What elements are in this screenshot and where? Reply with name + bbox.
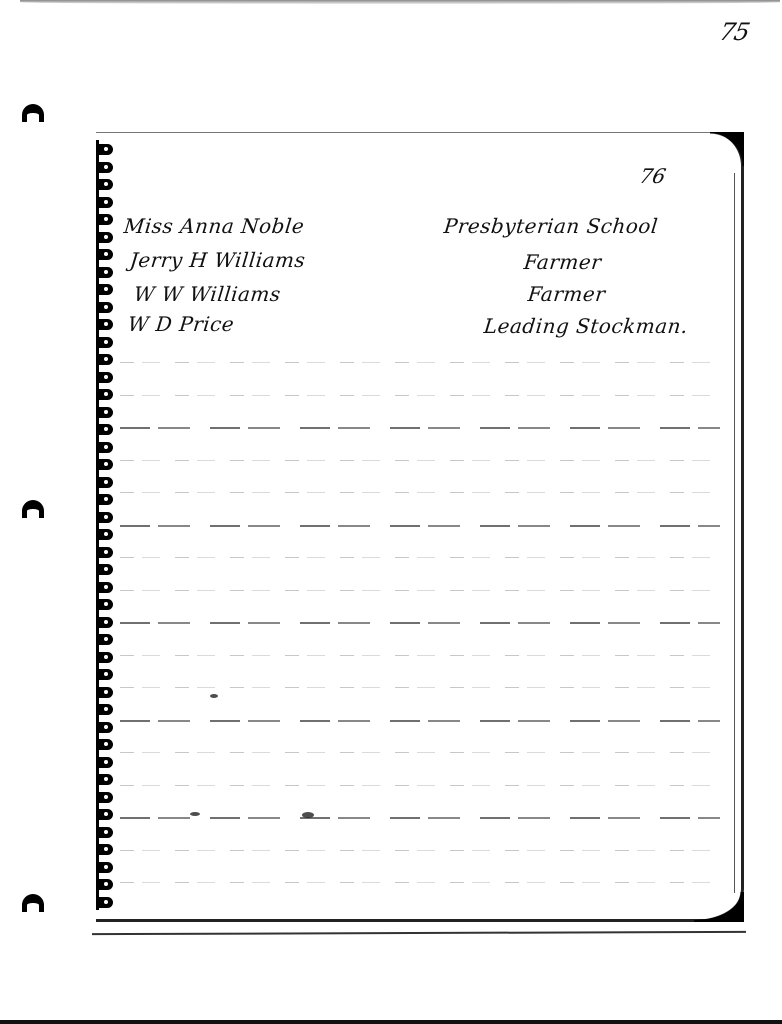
entry-occupation: Leading Stockman. [483, 314, 690, 338]
ruled-line [120, 590, 720, 591]
page-inner-edge [734, 173, 735, 893]
ruled-line [120, 395, 720, 396]
spiral-coil-icon [99, 862, 113, 873]
inner-page-number: 76 [637, 164, 668, 188]
spiral-coil-icon [99, 267, 113, 278]
spiral-coil-icon [99, 494, 113, 505]
spiral-coil-icon [99, 214, 113, 225]
spiral-coil-icon [99, 372, 113, 383]
spiral-coil-icon [99, 197, 113, 208]
spiral-coil-icon [99, 337, 113, 348]
spiral-coil-icon [99, 634, 113, 645]
ruled-line [120, 557, 720, 558]
ruled-line [120, 427, 720, 429]
spiral-coil-icon [99, 599, 113, 610]
ruled-line [120, 817, 720, 819]
ruled-line [120, 720, 720, 722]
punch-hole-icon [22, 894, 44, 912]
ruled-line [120, 752, 720, 753]
entry-name: Miss Anna Noble [123, 214, 306, 238]
punch-hole-icon [22, 104, 44, 122]
spiral-coil-icon [99, 179, 113, 190]
spiral-coil-icon [99, 144, 113, 155]
ruled-line [120, 492, 720, 493]
punch-hole-icon [22, 500, 44, 518]
spiral-coil-icon [99, 879, 113, 890]
spiral-coil-icon [99, 459, 113, 470]
spiral-coil-icon [99, 722, 113, 733]
spiral-coil-icon [99, 617, 113, 628]
ruled-line [120, 655, 720, 656]
spiral-coil-icon [99, 512, 113, 523]
spiral-coil-icon [99, 652, 113, 663]
spiral-coil-icon [99, 232, 113, 243]
ruled-line [120, 362, 720, 363]
spiral-coil-icon [99, 389, 113, 400]
spiral-coil-icon [99, 827, 113, 838]
spiral-coil-icon [99, 319, 113, 330]
entry-name: Jerry H Williams [129, 248, 307, 272]
bottom-edge-line [92, 931, 746, 935]
ruled-line [120, 622, 720, 624]
spiral-coil-icon [99, 757, 113, 768]
spiral-coil-icon [99, 704, 113, 715]
spiral-coil-icon [99, 424, 113, 435]
spiral-coil-icon [99, 687, 113, 698]
spiral-coil-icon [99, 477, 113, 488]
spiral-coil-icon [99, 442, 113, 453]
spiral-coil-icon [99, 792, 113, 803]
ruled-line [120, 460, 720, 461]
entry-occupation: Presbyterian School [443, 214, 660, 238]
spiral-coil-icon [99, 529, 113, 540]
spiral-coil-icon [99, 669, 113, 680]
entry-occupation: Farmer [523, 250, 603, 274]
entry-name: W W Williams [133, 282, 282, 306]
ruled-line [120, 687, 720, 688]
spiral-coil-icon [99, 809, 113, 820]
entry-name: W D Price [127, 312, 236, 336]
spiral-binding [96, 140, 117, 910]
spiral-coil-icon [99, 249, 113, 260]
spiral-coil-icon [99, 354, 113, 365]
ink-smudge [302, 812, 314, 818]
entry-occupation: Farmer [527, 282, 607, 306]
spiral-coil-icon [99, 407, 113, 418]
ruled-line [120, 850, 720, 851]
ink-smudge [190, 812, 200, 816]
spiral-coil-icon [99, 739, 113, 750]
outer-page-number: 75 [717, 18, 751, 46]
spiral-coil-icon [99, 162, 113, 173]
spiral-coil-icon [99, 547, 113, 558]
spiral-coil-icon [99, 302, 113, 313]
scan-edge-top [20, 0, 780, 4]
ruled-line [120, 785, 720, 786]
spiral-coil-icon [99, 564, 113, 575]
ruled-line [120, 882, 720, 883]
ink-smudge [210, 694, 218, 698]
ruled-line [120, 525, 720, 527]
spiral-coil-icon [99, 774, 113, 785]
scan-edge-bottom [0, 1020, 782, 1024]
spiral-coil-icon [99, 844, 113, 855]
spiral-coil-icon [99, 284, 113, 295]
spiral-coil-icon [99, 582, 113, 593]
spiral-coil-icon [99, 897, 113, 908]
